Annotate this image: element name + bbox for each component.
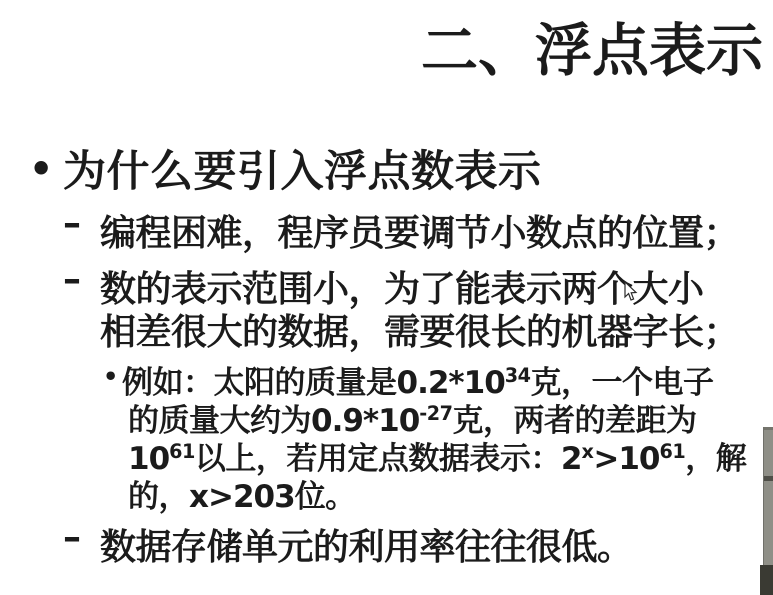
example-exponent: x (581, 440, 593, 463)
sub-bullet-icon: • (103, 362, 118, 391)
example-text: 位。 (295, 479, 356, 515)
example-exponent: 61 (659, 440, 685, 463)
example-text: ，解 (685, 441, 746, 477)
slide: 二、浮点表示 • 为什么要引入浮点数表示 – 编程困难，程序员要调节小数点的位置… (0, 0, 773, 595)
dash-icon: – (63, 259, 81, 300)
sub-bullet-3-text: 数据存储单元的利用率往往很低。 (100, 519, 633, 570)
scrollbar-fragment[interactable] (763, 427, 773, 595)
example-exponent: -27 (419, 402, 452, 425)
sub-bullet-2-line2: 相差很大的数据，需要很长的机器字长； (100, 304, 739, 355)
example-number: x>203 (189, 479, 295, 515)
example-number: >10 (593, 441, 659, 477)
example-text: 的， (128, 479, 189, 515)
slide-title: 二、浮点表示 (421, 20, 763, 83)
scrollbar-divider (764, 476, 773, 481)
bullet-icon: • (29, 146, 53, 191)
example-exponent: 61 (169, 440, 195, 463)
scrollbar-top-edge (764, 427, 773, 430)
scrollbar-dark-block (760, 565, 773, 595)
sub-bullet-1-text: 编程困难，程序员要调节小数点的位置； (100, 205, 739, 256)
example-line-4: 的，x>203位。 (128, 471, 356, 516)
dash-icon: – (63, 517, 81, 558)
example-exponent: 34 (505, 364, 531, 387)
mouse-cursor-icon (624, 281, 638, 302)
dash-icon: – (63, 203, 81, 244)
bullet-main-text: 为什么要引入浮点数表示 (63, 138, 542, 199)
example-number: 2 (561, 441, 582, 477)
